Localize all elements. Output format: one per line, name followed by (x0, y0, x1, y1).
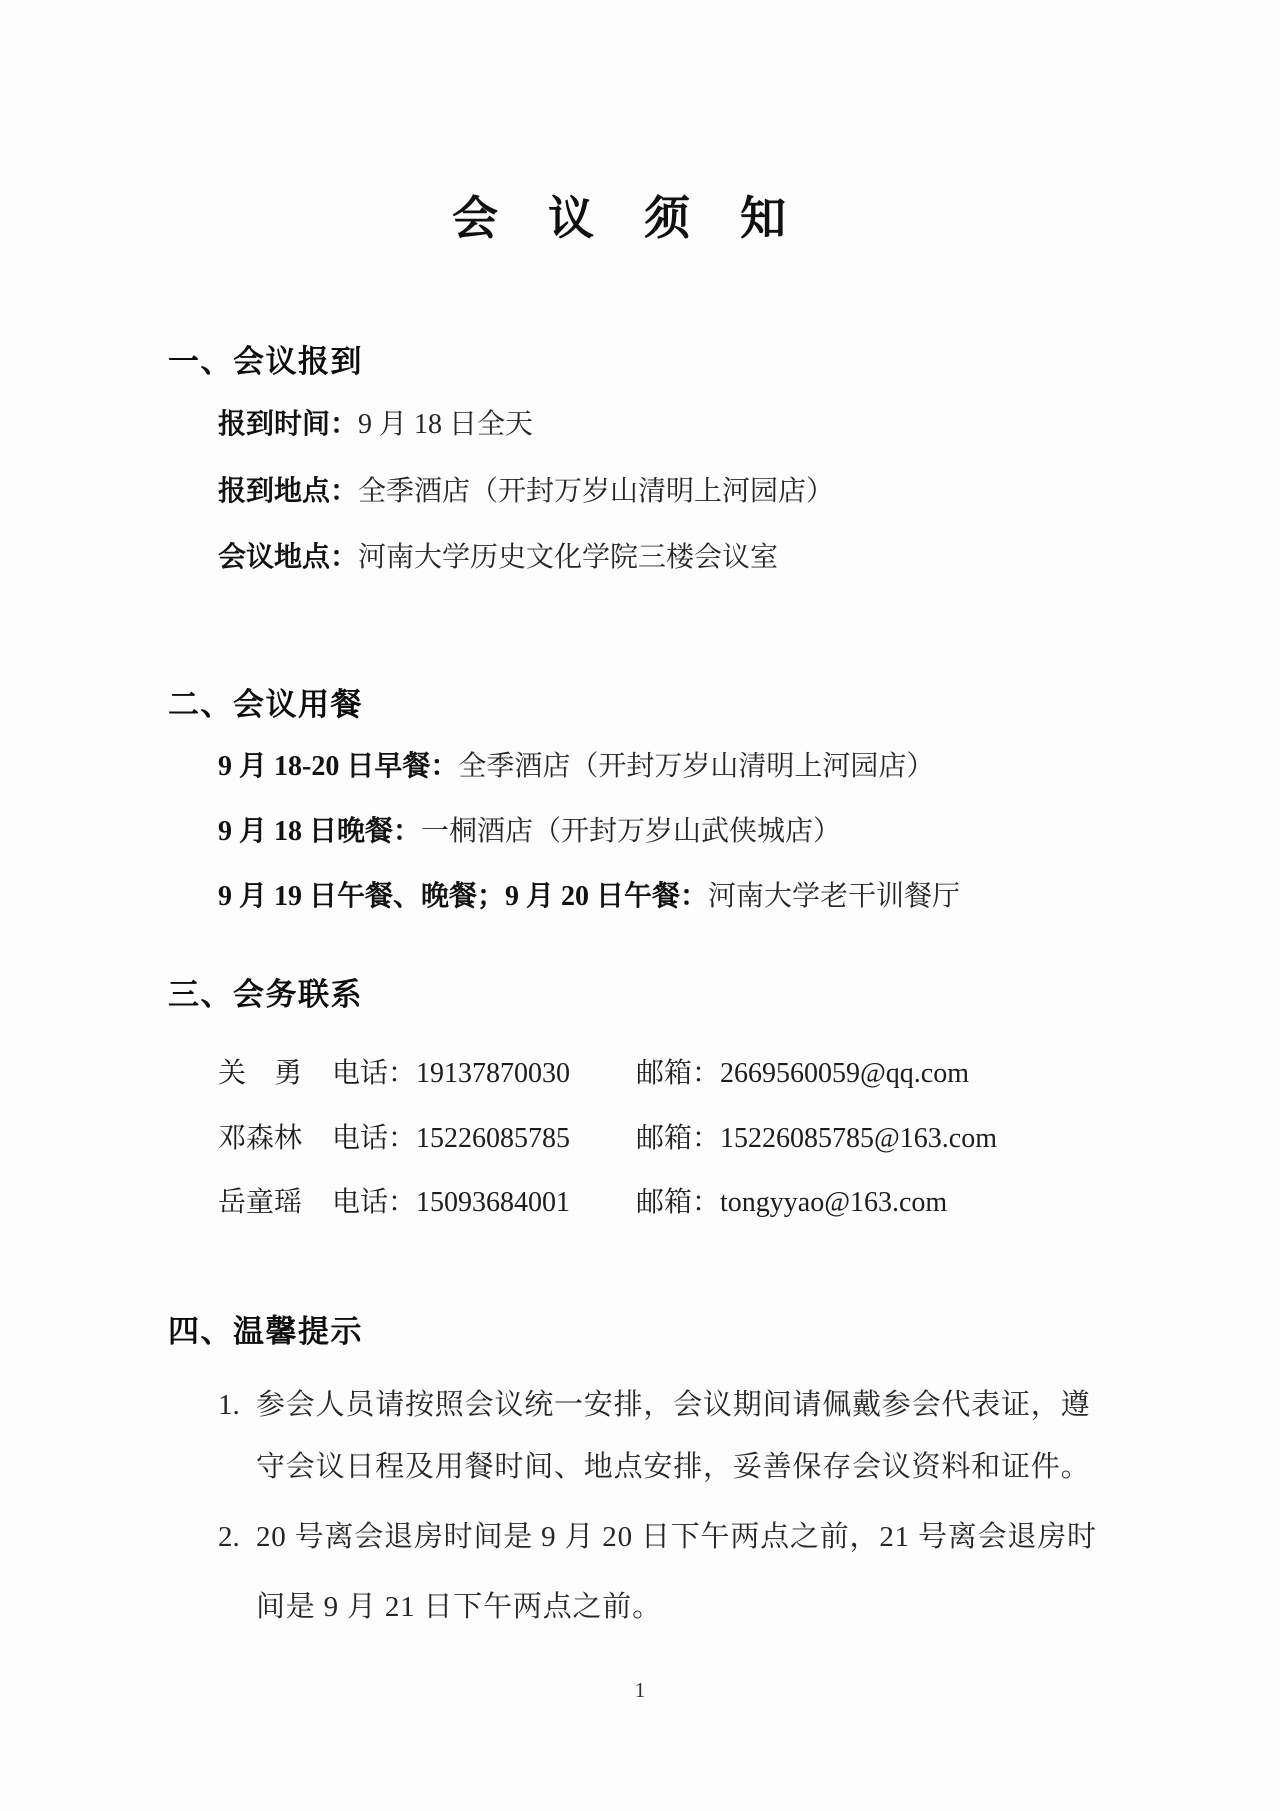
field-value: 9 月 18 日全天 (358, 409, 533, 440)
list-item-2-line-2: 间是 9 月 21 日下午两点之前。 (256, 1591, 662, 1624)
contact-row: 关 勇电话：19137870030邮箱：2669560059@qq.com (218, 1058, 969, 1090)
field-label: 会议地点： (218, 542, 358, 573)
contact-name: 岳童瑶 (218, 1187, 332, 1219)
detail-line-breakfast: 9 月 18-20 日早餐：全季酒店（开封万岁山清明上河园店） (218, 751, 934, 783)
section-heading-contacts: 三、会务联系 (168, 978, 363, 1012)
field-label: 9 月 19 日午餐、晚餐；9 月 20 日午餐： (218, 881, 708, 912)
field-value: 全季酒店（开封万岁山清明上河园店） (358, 476, 834, 507)
list-item-2-line-1: 2.20 号离会退房时间是 9 月 20 日下午两点之前，21 号离会退房时 (218, 1521, 1097, 1554)
list-item-1-line-2: 守会议日程及用餐时间、地点安排，妥善保存会议资料和证件。 (256, 1451, 1090, 1484)
list-text: 20 号离会退房时间是 9 月 20 日下午两点之前，21 号离会退房时 (256, 1521, 1097, 1553)
email-address: 2669560059@qq.com (720, 1058, 969, 1089)
phone-number: 15093684001 (416, 1187, 570, 1218)
list-number: 1. (218, 1389, 256, 1422)
section-heading-meals: 二、会议用餐 (168, 688, 363, 722)
list-text: 参会人员请按照会议统一安排，会议期间请佩戴参会代表证，遵 (256, 1389, 1090, 1421)
section-heading-registration: 一、会议报到 (168, 345, 363, 379)
detail-line-dinner-18: 9 月 18 日晚餐：一桐酒店（开封万岁山武侠城店） (218, 816, 841, 848)
field-value: 一桐酒店（开封万岁山武侠城店） (421, 816, 841, 847)
field-value: 河南大学老干训餐厅 (708, 881, 960, 912)
detail-line-lunch-dinner: 9 月 19 日午餐、晚餐；9 月 20 日午餐：河南大学老干训餐厅 (218, 881, 960, 913)
list-item-1-line-1: 1.参会人员请按照会议统一安排，会议期间请佩戴参会代表证，遵 (218, 1389, 1090, 1422)
phone-label: 电话： (332, 1123, 416, 1154)
contact-name: 关 勇 (218, 1058, 332, 1090)
email-label: 邮箱： (636, 1123, 720, 1154)
field-value: 河南大学历史文化学院三楼会议室 (358, 542, 778, 573)
document-page: 会 议 须 知 一、会议报到 报到时间：9 月 18 日全天 报到地点：全季酒店… (0, 0, 1280, 1811)
field-label: 9 月 18 日晚餐： (218, 816, 421, 847)
phone-label: 电话： (332, 1187, 416, 1218)
section-heading-tips: 四、温馨提示 (168, 1315, 363, 1349)
field-value: 全季酒店（开封万岁山清明上河园店） (458, 751, 934, 782)
phone-label: 电话： (332, 1058, 416, 1089)
email-label: 邮箱： (636, 1187, 720, 1218)
field-label: 报到时间： (218, 409, 358, 440)
phone-number: 19137870030 (416, 1058, 570, 1089)
detail-line-checkin-place: 报到地点：全季酒店（开封万岁山清明上河园店） (218, 476, 834, 508)
phone-number: 15226085785 (416, 1123, 570, 1154)
email-label: 邮箱： (636, 1058, 720, 1089)
page-number: 1 (0, 1680, 1280, 1701)
contact-name: 邓森林 (218, 1123, 332, 1155)
document-title: 会 议 须 知 (0, 194, 1240, 245)
field-label: 9 月 18-20 日早餐： (218, 751, 458, 782)
list-number: 2. (218, 1521, 256, 1554)
contact-row: 邓森林电话：15226085785邮箱：15226085785@163.com (218, 1123, 997, 1155)
field-label: 报到地点： (218, 476, 358, 507)
email-address: tongyyao@163.com (720, 1187, 947, 1218)
email-address: 15226085785@163.com (720, 1123, 997, 1154)
detail-line-meeting-place: 会议地点：河南大学历史文化学院三楼会议室 (218, 542, 778, 574)
detail-line-checkin-time: 报到时间：9 月 18 日全天 (218, 409, 533, 441)
contact-row: 岳童瑶电话：15093684001邮箱：tongyyao@163.com (218, 1187, 947, 1219)
